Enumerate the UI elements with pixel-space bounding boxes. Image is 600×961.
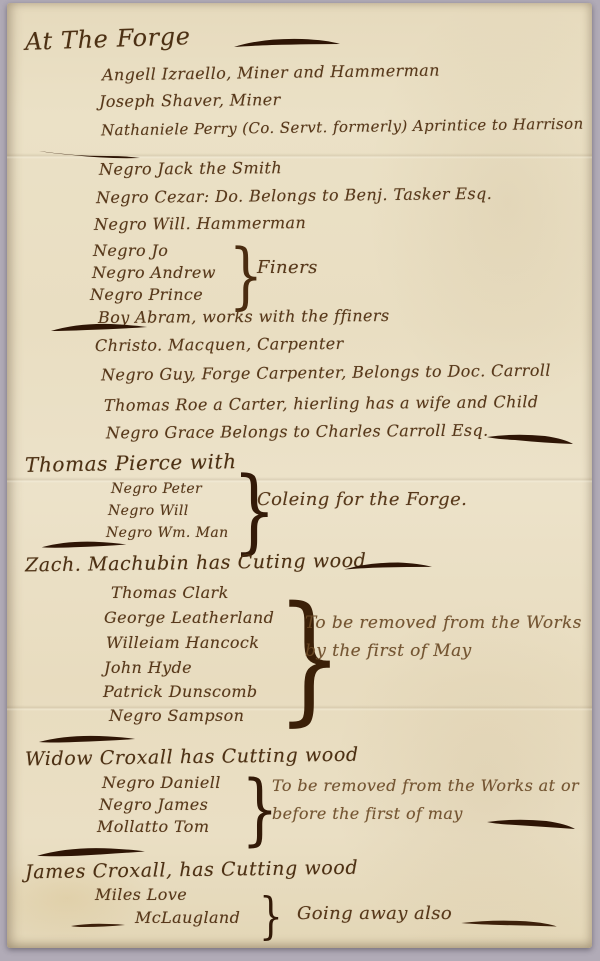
manuscript-line: John Hyde bbox=[104, 658, 192, 677]
group-label: by the first of May bbox=[305, 641, 472, 661]
section-heading: Thomas Pierce with bbox=[25, 449, 237, 477]
group-label: Finers bbox=[257, 257, 318, 278]
ink-flourish bbox=[459, 916, 559, 930]
document-title: At The Forge bbox=[25, 22, 191, 56]
group-label: Going away also bbox=[297, 903, 452, 924]
manuscript-line: Christo. Macquen, Carpenter bbox=[95, 334, 344, 355]
group-label: before the first of may bbox=[272, 804, 463, 823]
manuscript-line: Negro Daniell bbox=[102, 773, 221, 792]
manuscript-line: Negro Guy, Forge Carpenter, Belongs to D… bbox=[101, 361, 551, 385]
manuscript-line: Thomas Roe a Carter, hierling has a wife… bbox=[104, 392, 539, 415]
ink-flourish bbox=[485, 815, 577, 831]
manuscript-line: Negro Grace Belongs to Charles Carroll E… bbox=[106, 421, 489, 443]
manuscript-line: Negro Peter bbox=[111, 481, 202, 497]
group-brace: } bbox=[232, 465, 276, 557]
group-label: To be removed from the Works at or bbox=[272, 776, 579, 795]
manuscript-line: Negro Cezar: Do. Belongs to Benj. Tasker… bbox=[96, 184, 492, 207]
manuscript-line: Negro Wm. Man bbox=[106, 525, 229, 541]
manuscript-line: Negro Will bbox=[108, 503, 189, 519]
ink-divider bbox=[37, 147, 142, 160]
group-brace: } bbox=[259, 891, 283, 941]
manuscript-line: Boy Abram, works with the ffiners bbox=[98, 306, 390, 327]
manuscript-line: McLaugland bbox=[135, 908, 240, 927]
ink-divider bbox=[35, 845, 147, 859]
fold-crease bbox=[7, 153, 592, 159]
ink-dash bbox=[69, 921, 127, 929]
section-heading: Widow Croxall has Cutting wood bbox=[25, 744, 359, 771]
manuscript-line: George Leatherland bbox=[104, 608, 274, 627]
manuscript-line: Negro James bbox=[99, 795, 208, 814]
manuscript-line: Negro Andrew bbox=[92, 263, 216, 282]
group-label: To be removed from the Works bbox=[305, 613, 582, 633]
manuscript-line: Nathaniele Perry (Co. Servt. formerly) A… bbox=[101, 115, 584, 140]
section-heading: James Croxall, has Cutting wood bbox=[25, 857, 358, 884]
ink-divider bbox=[37, 733, 137, 746]
manuscript-line: Negro Sampson bbox=[109, 706, 244, 725]
manuscript-line: Negro Will. Hammerman bbox=[94, 213, 306, 234]
ink-flourish bbox=[485, 431, 575, 447]
manuscript-line: Angell Izraello, Miner and Hammerman bbox=[102, 61, 440, 85]
manuscript-line: Negro Prince bbox=[90, 285, 203, 304]
fold-crease bbox=[7, 477, 592, 483]
manuscript-line: Mollatto Tom bbox=[97, 817, 209, 836]
manuscript-page: At The Forge Angell Izraello, Miner and … bbox=[7, 3, 592, 948]
manuscript-line: Negro Jo bbox=[93, 241, 168, 260]
group-label: Coleing for the Forge. bbox=[257, 489, 467, 510]
ink-flourish bbox=[232, 36, 342, 50]
manuscript-line: Patrick Dunscomb bbox=[103, 682, 258, 701]
manuscript-line: Joseph Shaver, Miner bbox=[99, 90, 281, 111]
section-heading: Zach. Machubin has Cuting wood bbox=[25, 550, 367, 577]
manuscript-line: Miles Love bbox=[95, 885, 187, 904]
manuscript-line: Willeiam Hancock bbox=[106, 633, 259, 652]
manuscript-line: Negro Jack the Smith bbox=[99, 158, 282, 179]
manuscript-line: Thomas Clark bbox=[111, 583, 229, 602]
